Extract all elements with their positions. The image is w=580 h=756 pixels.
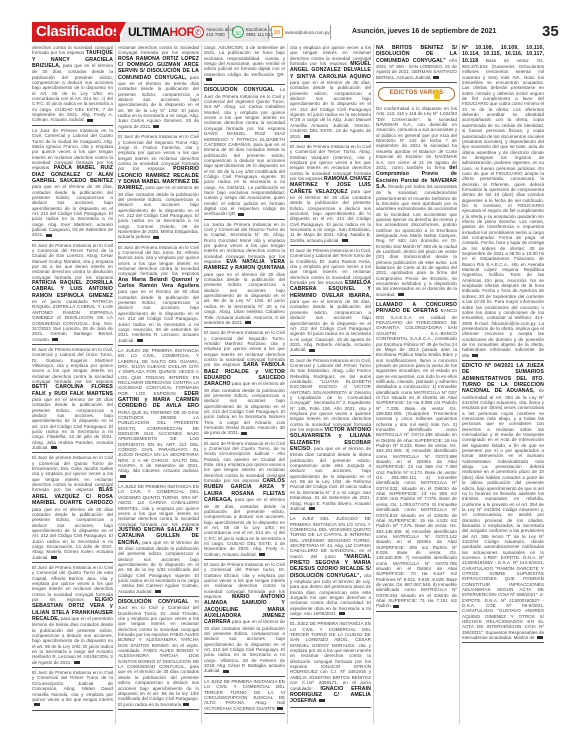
notice-end-mark-icon	[52, 338, 58, 341]
notice-names: CARLOS RUBEN GARCIA ARZA Y LAURA ROSANA …	[204, 478, 285, 503]
notice-names: SARA FABIOLA BAEZ RICALDE y VICTOR EDUAR…	[204, 362, 285, 387]
notice-end-mark-icon	[183, 703, 189, 706]
legal-notice: NA BRITOS BENITEZ S/ DISOLUCIÓN DE LA CO…	[376, 44, 457, 83]
divider	[268, 25, 269, 39]
notice-end-mark-icon	[241, 432, 247, 435]
notice-end-mark-icon	[472, 354, 478, 357]
notice-end-mark-icon	[153, 125, 159, 128]
notice-names: PAOLA MABEL RUIZ DIAZ GONZALEZ C/ ALAN G…	[32, 165, 113, 184]
legal-notice: El Juez de Primera Instancia en lo Civil…	[290, 357, 371, 515]
notice-names: del Compromiso Previo de Escisión Parcia…	[376, 165, 457, 190]
notice-end-mark-icon	[245, 321, 251, 324]
notice-names: EDICTO Nº 04/2021 LA JUEZA DE SUMARIOS A…	[462, 363, 544, 394]
legal-notice: El Juez de Primera Instancia en lo Civil…	[118, 133, 199, 243]
notice-end-mark-icon	[309, 507, 315, 510]
notice-end-mark-icon	[342, 239, 348, 242]
column-5: NA BRITOS BENITEZ S/ DISOLUCIÓN DE LA CO…	[374, 44, 460, 724]
notice-names: VICTOR ANTONIO SOLAVARRIETA y LILIANA EL…	[290, 427, 371, 452]
notice-names: BETTI CAROLINA FLORES FALK y RUDI FALK M…	[32, 384, 113, 396]
legal-notice: El Juez de primera Instancia en lo Civil…	[32, 454, 113, 563]
legal-notice: derechos contra la sociedad conyugal for…	[32, 44, 113, 126]
page-number: 35	[542, 23, 559, 40]
legal-notice: LLAMADO A CONCURSO PRIVADO DE OFERTAS BA…	[376, 301, 457, 612]
notice-names: ESMELDA CABRERA ESQUIVEL Y HERMINIO OVEL…	[290, 280, 371, 299]
notice-names: Nº 10.108, 10.109, 10.110, 10.114, 10.11…	[462, 45, 544, 64]
notice-end-mark-icon	[34, 703, 40, 706]
mail-icon: ✉	[271, 26, 283, 38]
notice-names: BLAS ARIEL VAZQUEZ C/ ROSA MARIBEL DUART…	[32, 487, 113, 506]
legal-notice: LA JUEZ DE PRIMERA INSTANCIA EN LO CIVIL…	[204, 678, 285, 714]
legal-notice: El Juez de Primera Instancia en lo Civil…	[290, 143, 371, 246]
notice-names: LLAMADO A CONCURSO PRIVADO DE OFERTAS	[376, 302, 457, 314]
page-header: Clasificados ULTIMAHORA ✆ Atención al cl…	[0, 0, 580, 44]
legal-notice: EL JUEZ DE PRIMERA INSTANCIA EN LO CIVIL…	[290, 620, 371, 707]
whatsapp-icon: ☏	[232, 26, 244, 38]
notice-end-mark-icon	[537, 636, 543, 639]
notice-names: EVA NATALIA VERA RAMIREZ y RAMON QUINTAN…	[204, 259, 285, 271]
notice-end-mark-icon	[304, 135, 310, 138]
notice-end-mark-icon	[238, 213, 244, 216]
legal-notice: LA JUEZ DEL JUZGADO DE PRIMERA INSTANCIA…	[290, 515, 371, 619]
badge-decoration-icon	[434, 90, 440, 99]
legal-notice: LA JUEZ DE PRIMERA INSTANCIA EN LO CIVIL…	[118, 483, 199, 597]
legal-notice: El Juez de Primera Instancia en lo Civil…	[32, 669, 113, 710]
legal-notice: El Juez de Primera Instancia en lo Civil…	[32, 564, 113, 668]
notice-end-mark-icon	[206, 78, 212, 81]
column-2: reclamar derechos contra la Sociedad Con…	[116, 44, 202, 724]
notice-end-mark-icon	[319, 699, 325, 702]
notice-end-mark-icon	[259, 553, 265, 556]
column-1: derechos contra la sociedad conyugal for…	[30, 44, 116, 724]
contact-phone-value: 415 7000	[206, 32, 225, 37]
notice-end-mark-icon	[433, 76, 439, 79]
divider	[228, 25, 229, 39]
legal-notice: EDICTO Nº 04/2021 LA JUEZA DE SUMARIOS A…	[462, 362, 544, 644]
divider	[330, 25, 331, 39]
column-4: cita y emplaza por quince veces a los qu…	[288, 44, 374, 724]
notice-names: PORFIRIO LEONCIO RAMIREZ RECALDE Y SONIA…	[118, 166, 199, 191]
section-title: Clasificados	[32, 22, 120, 42]
notice-names: Ana María Belardi Quenzel y Carlos Ramón…	[118, 277, 199, 289]
notice-names: EDER GATTINI y MARIA CARMEN CORDEIRO DE …	[118, 391, 199, 410]
notice-end-mark-icon	[51, 446, 57, 449]
legal-notice: El Juez de Primera Instancia en lo Civil…	[290, 247, 371, 356]
notice-names: "MARCIAL PRIETO SEGOVIA Y MARIA DEJESUS …	[290, 554, 371, 579]
notice-end-mark-icon	[74, 661, 80, 664]
legal-notice: DISOLUCION CONYUGAL La Juez de Primera I…	[204, 86, 285, 219]
notice-end-mark-icon	[51, 556, 57, 559]
legal-notice: cita y emplaza por quince veces a los qu…	[290, 44, 371, 142]
legal-notice: De conformidad a lo dispuesto en los Art…	[376, 105, 457, 300]
notice-end-mark-icon	[87, 119, 93, 122]
notice-end-mark-icon	[223, 670, 229, 673]
notice-names: PATRICIA RAQUEL ZORRILLA CABRAL Y LUIS A…	[32, 280, 113, 299]
legal-notice: El Juez de Primera Instancia en lo Civil…	[204, 561, 285, 677]
legal-notice: La Juez de Primera Instancia en lo Civil…	[32, 127, 113, 241]
notice-names: DISOLUCIÓN CONYUGAL	[118, 599, 189, 605]
notice-names: IGNACIO EFRAIN RODRIGUEZ C/ AMELIA JOSEF…	[290, 686, 371, 705]
notice-names: MIGUEL ANGEL GONZALEZ DELVALLE Y SINTYA …	[290, 61, 371, 80]
notice-names: ROSA RAMONA ORTIZ LOPEZ C/ DOMINGO GUZMA…	[118, 56, 199, 81]
legal-notice: LA JUEZA DE PRIMERA INSTANCIA EN LO CIVI…	[118, 347, 199, 482]
contact-email-value: avisos@uhora.com.py	[285, 30, 330, 35]
notice-end-mark-icon	[309, 349, 315, 352]
legal-notice: El Juez de Primera Instancia en lo Civil…	[204, 440, 285, 560]
notice-names: RAMONA CHAVEZ MARTINEZ Y JOSE LUIS CAÑET…	[290, 176, 371, 195]
logo-part-a: ULTIMA	[128, 25, 169, 39]
notice-names: TAUFIQUE Y NANCY GRACIELA BRIZUELA,	[32, 50, 113, 69]
contact-whatsapp: ☏ Escríbinos al0981 111 013	[232, 24, 273, 40]
legal-notice: El Juez de Primera Instancia en lo Civil…	[32, 242, 113, 345]
legal-notice: DISOLUCIÓN CONYUGAL El Juez en lo Civil …	[118, 598, 199, 710]
column-6: Nº 10.108, 10.109, 10.110, 10.114, 10.11…	[460, 44, 546, 724]
notice-end-mark-icon	[120, 475, 126, 478]
notice-names: NA BRITOS BENITEZ S/ DISOLUCIÓN DE LA CO…	[376, 45, 457, 64]
notice-end-mark-icon	[137, 339, 143, 342]
notice-end-mark-icon	[393, 605, 399, 608]
contact-email: ✉ avisos@uhora.com.py	[271, 24, 330, 40]
legal-notice: El Juez de Primera Instancia en lo Civil…	[32, 346, 113, 454]
column-3: cargo. ASUNCION, 3 de Setiembre de 2021.…	[202, 44, 288, 724]
notice-names: JUSTINO ENCINA SALAZAR Y CATALINA GUILLE…	[118, 527, 199, 546]
notice-names: ELIGIO SEBASTIAN ORTIZ VERA y LILIAN STE…	[32, 597, 113, 622]
publication-date: Asunción, jueves 16 de septiembre de 202…	[352, 28, 496, 35]
classifieds-columns: derechos contra la sociedad conyugal for…	[30, 44, 548, 724]
legal-notice: reclamar derechos contra la Sociedad Con…	[118, 44, 199, 132]
phone-icon: ✆	[192, 26, 204, 38]
legal-notice: Nº 10.108, 10.109, 10.110, 10.114, 10.11…	[462, 44, 544, 361]
notice-end-mark-icon	[277, 707, 283, 710]
legal-notice: El Juez de Primera Instancia en lo Civil…	[118, 244, 199, 346]
notice-end-mark-icon	[339, 612, 345, 615]
notice-end-mark-icon	[46, 234, 52, 237]
legal-notice: El Juez de Primera Instancia en lo Civil…	[204, 329, 285, 439]
notice-names: DISOLUCION CONYUGAL	[204, 87, 274, 93]
notice-end-mark-icon	[398, 293, 404, 296]
legal-notice: La Jueza de Primera Instancia en lo Civi…	[204, 221, 285, 329]
notice-names: MARIO ANTONIO ALMADA SAMUDIO Y JACQUELIN…	[204, 594, 285, 625]
notice-end-mark-icon	[155, 590, 161, 593]
notice-end-mark-icon	[153, 236, 159, 239]
legal-notice: cargo. ASUNCION, 3 de Setiembre de 2021.…	[204, 44, 285, 85]
section-badge-edictos-varios: EDICTOS VARIOS	[378, 87, 455, 101]
